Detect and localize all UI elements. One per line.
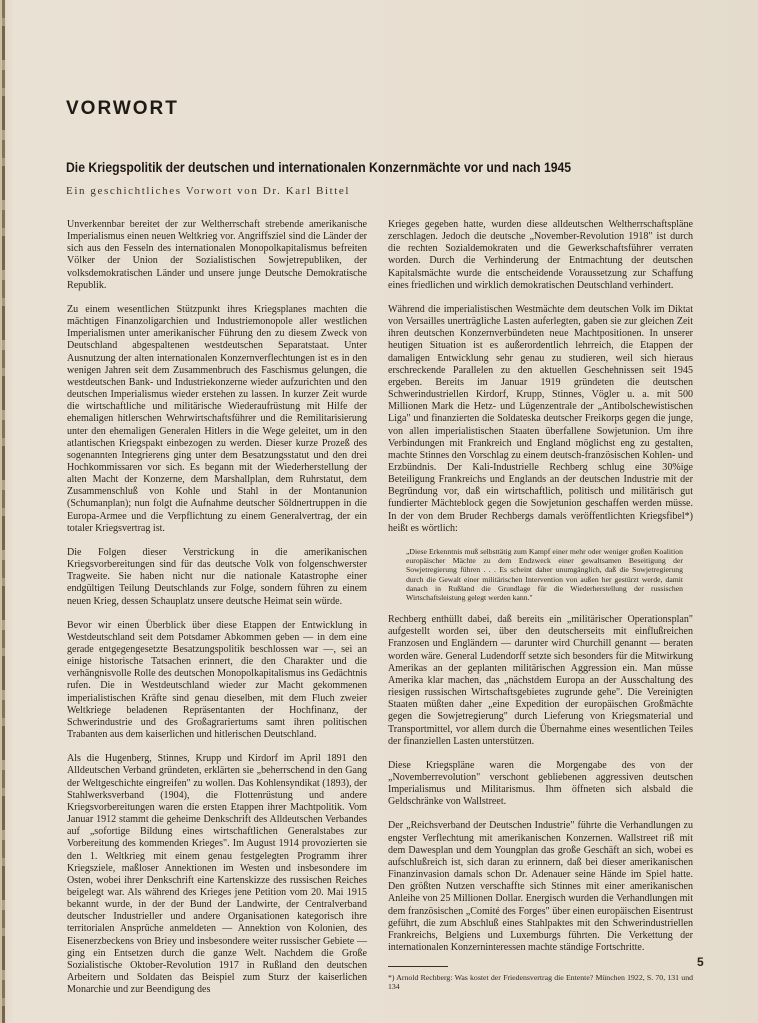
paragraph: Während die imperialistischen Westmächte…: [388, 304, 693, 535]
block-quote: „Diese Erkenntnis muß selbsttätig zum Ka…: [406, 547, 683, 602]
binding-edge: [2, 0, 5, 1023]
footnote-divider: [388, 966, 448, 967]
paragraph: Diese Kriegspläne waren die Morgengabe d…: [388, 760, 693, 809]
page-number: 5: [697, 955, 704, 969]
paragraph: Die Folgen dieser Verstrickung in die am…: [67, 547, 367, 608]
byline: Ein geschichtliches Vorwort von Dr. Karl…: [66, 185, 350, 197]
page-title: VORWORT: [66, 98, 179, 120]
paragraph: Zu einem wesentlichen Stützpunkt ihres K…: [67, 304, 367, 535]
paragraph: Der „Reichsverband der Deutschen Industr…: [388, 820, 693, 954]
article-subtitle: Die Kriegspolitik der deutschen und inte…: [66, 160, 571, 176]
paragraph: Krieges gegeben hatte, wurden diese alld…: [388, 219, 693, 292]
paragraph: Als die Hugenberg, Stinnes, Krupp und Ki…: [67, 753, 367, 996]
right-column: Krieges gegeben hatte, wurden diese alld…: [388, 219, 693, 991]
paragraph: Unverkennbar bereitet der zur Weltherrsc…: [67, 219, 367, 292]
paragraph: Rechberg enthüllt dabei, daß bereits ein…: [388, 614, 693, 748]
footnote: *) Arnold Rechberg: Was kostet der Fried…: [388, 973, 693, 991]
left-column: Unverkennbar bereitet der zur Weltherrsc…: [67, 219, 367, 1008]
paragraph: Bevor wir einen Überblick über diese Eta…: [67, 620, 367, 742]
